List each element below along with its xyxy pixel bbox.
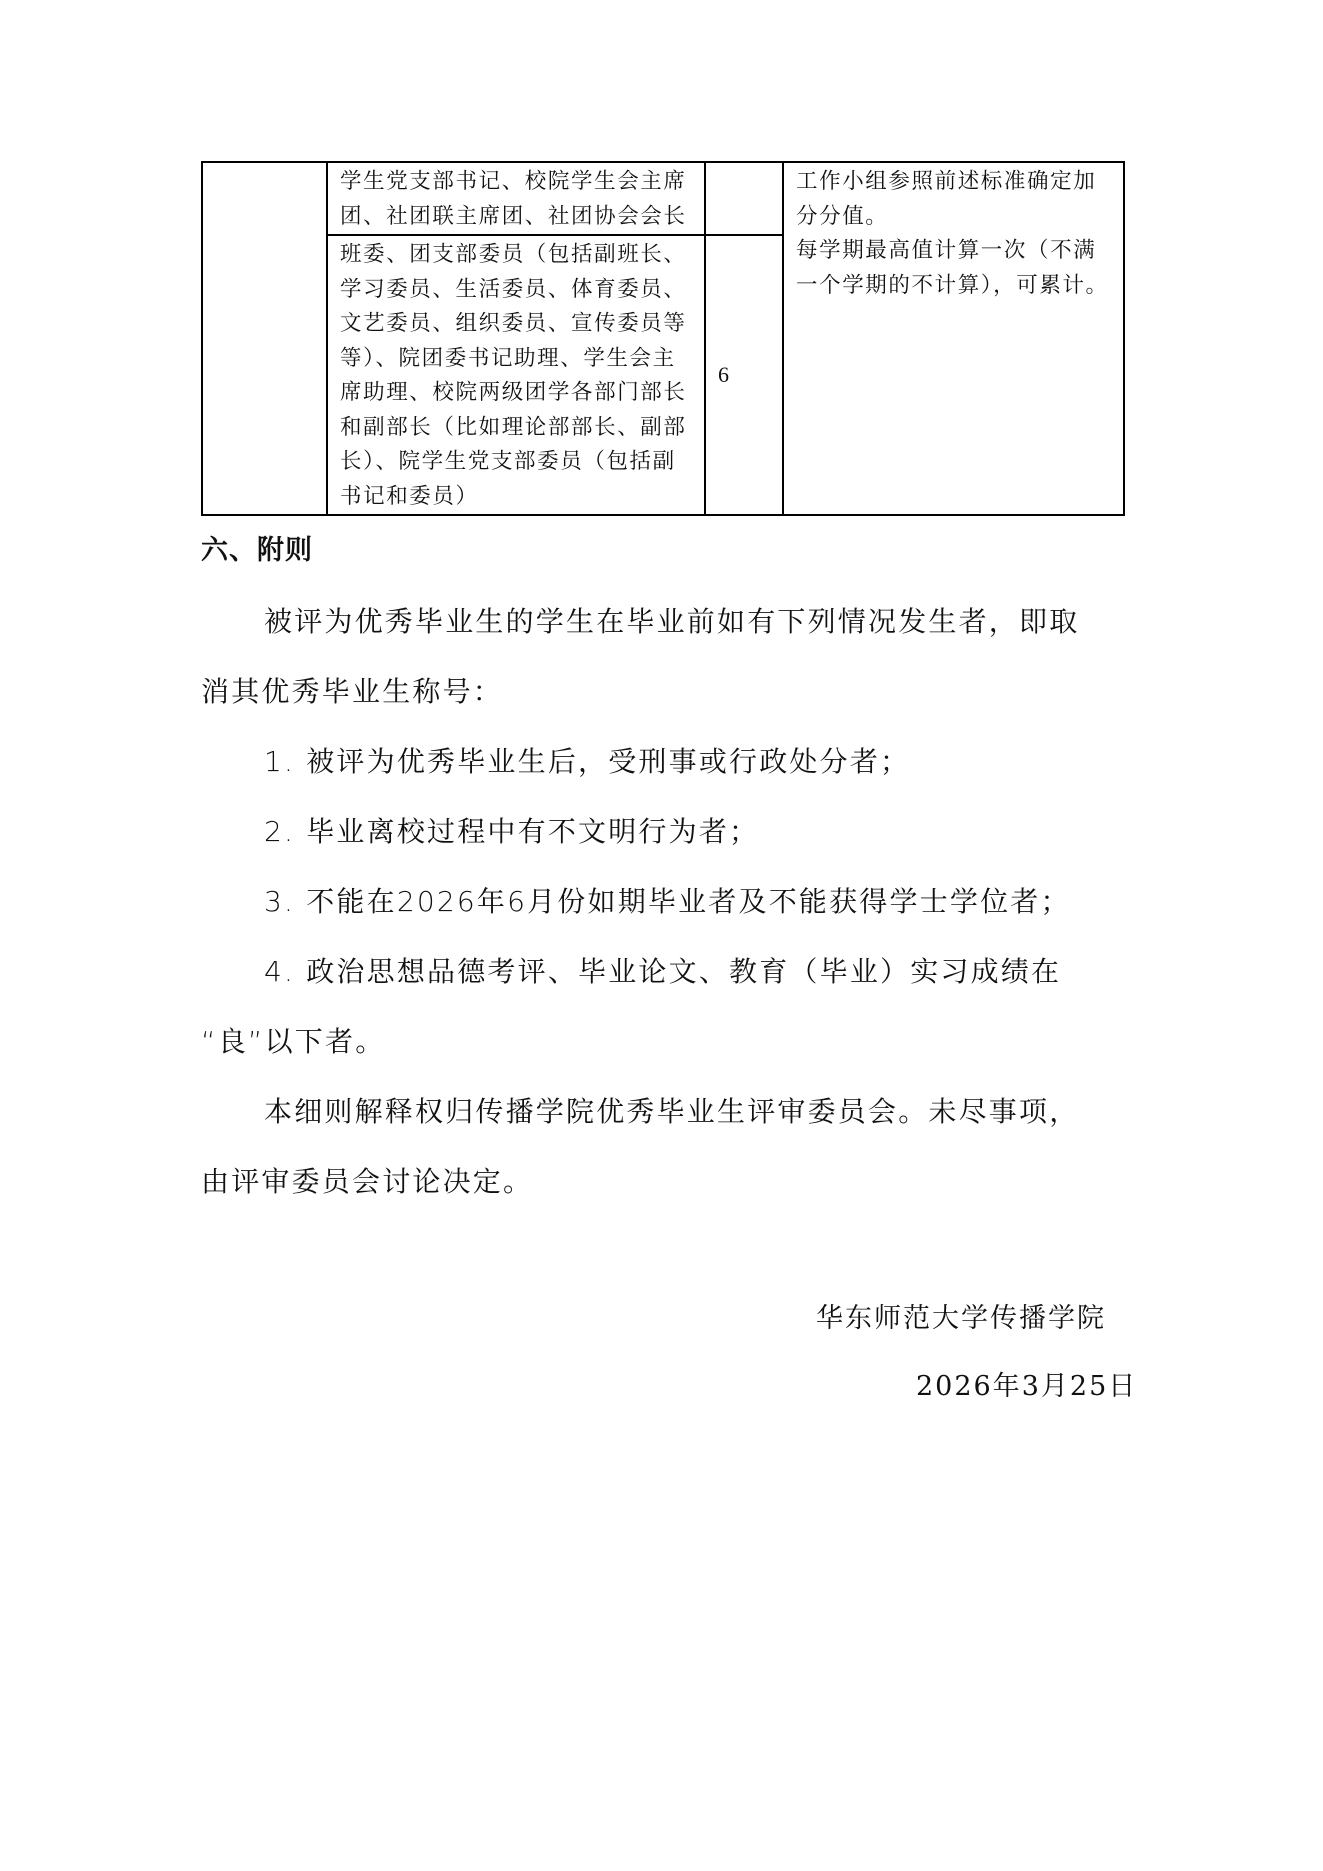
list-item: 1. 被评为优秀毕业生后，受刑事或行政处分者； (264, 740, 910, 780)
intro-paragraph-line: 消其优秀毕业生称号： (201, 670, 503, 710)
signature-organization: 华东师范大学传播学院 (816, 1296, 1106, 1335)
position-line: 书记和委员） (340, 480, 696, 515)
position-line: 团、社团联主席团、社团协会会长 (340, 200, 696, 235)
position-line: 等）、院团委书记助理、学生会主 (340, 342, 696, 377)
document-page: 学生党支部书记、校院学生会主席 团、社团联主席团、社团协会会长 工作小组参照前述… (0, 0, 1323, 1871)
position-line: 席助理、校院两级团学各部门部长 (340, 376, 696, 411)
position-line: 班委、团支部委员（包括副班长、 (340, 238, 696, 273)
score-cell (705, 162, 783, 235)
position-line: 长）、院学生党支部委员（包括副 (340, 445, 696, 480)
position-line: 和副部长（比如理论部部长、副部 (340, 411, 696, 446)
position-cell: 班委、团支部委员（包括副班长、 学习委员、生活委员、体育委员、 文艺委员、组织委… (327, 235, 705, 515)
list-item: 3. 不能在2026年6月份如期毕业者及不能获得学士学位者； (264, 880, 1071, 920)
signature-date: 2026年3月25日 (916, 1364, 1137, 1403)
score-value: 6 (706, 362, 729, 387)
position-line: 文艺委员、组织委员、宣传委员等 (340, 307, 696, 342)
position-line: 学生党支部书记、校院学生会主席 (340, 165, 696, 200)
intro-paragraph-line: 被评为优秀毕业生的学生在毕业前如有下列情况发生者，即取 (264, 600, 1079, 640)
position-line: 学习委员、生活委员、体育委员、 (340, 273, 696, 308)
section-heading: 六、附则 (201, 528, 313, 567)
list-item-continued: “良”以下者。 (201, 1020, 385, 1060)
closing-paragraph-line: 由评审委员会讨论决定。 (201, 1160, 533, 1200)
score-value (706, 186, 718, 211)
remark-line: 一个学期的不计算），可累计。 (796, 269, 1115, 304)
position-cell: 学生党支部书记、校院学生会主席 团、社团联主席团、社团协会会长 (327, 162, 705, 235)
remark-line: 每学期最高值计算一次（不满 (796, 234, 1115, 269)
table-row: 学生党支部书记、校院学生会主席 团、社团联主席团、社团协会会长 工作小组参照前述… (202, 162, 1124, 235)
list-item: 2. 毕业离校过程中有不文明行为者； (264, 810, 759, 850)
category-cell (202, 162, 327, 515)
remark-cell: 工作小组参照前述标准确定加 分分值。 每学期最高值计算一次（不满 一个学期的不计… (783, 162, 1124, 515)
score-cell: 6 (705, 235, 783, 515)
remark-line: 分分值。 (796, 200, 1115, 235)
list-item: 4. 政治思想品德考评、毕业论文、教育（毕业）实习成绩在 (264, 950, 1061, 990)
remark-line: 工作小组参照前述标准确定加 (796, 165, 1115, 200)
closing-paragraph-line: 本细则解释权归传播学院优秀毕业生评审委员会。未尽事项， (264, 1090, 1079, 1130)
scoring-table: 学生党支部书记、校院学生会主席 团、社团联主席团、社团协会会长 工作小组参照前述… (201, 161, 1125, 516)
